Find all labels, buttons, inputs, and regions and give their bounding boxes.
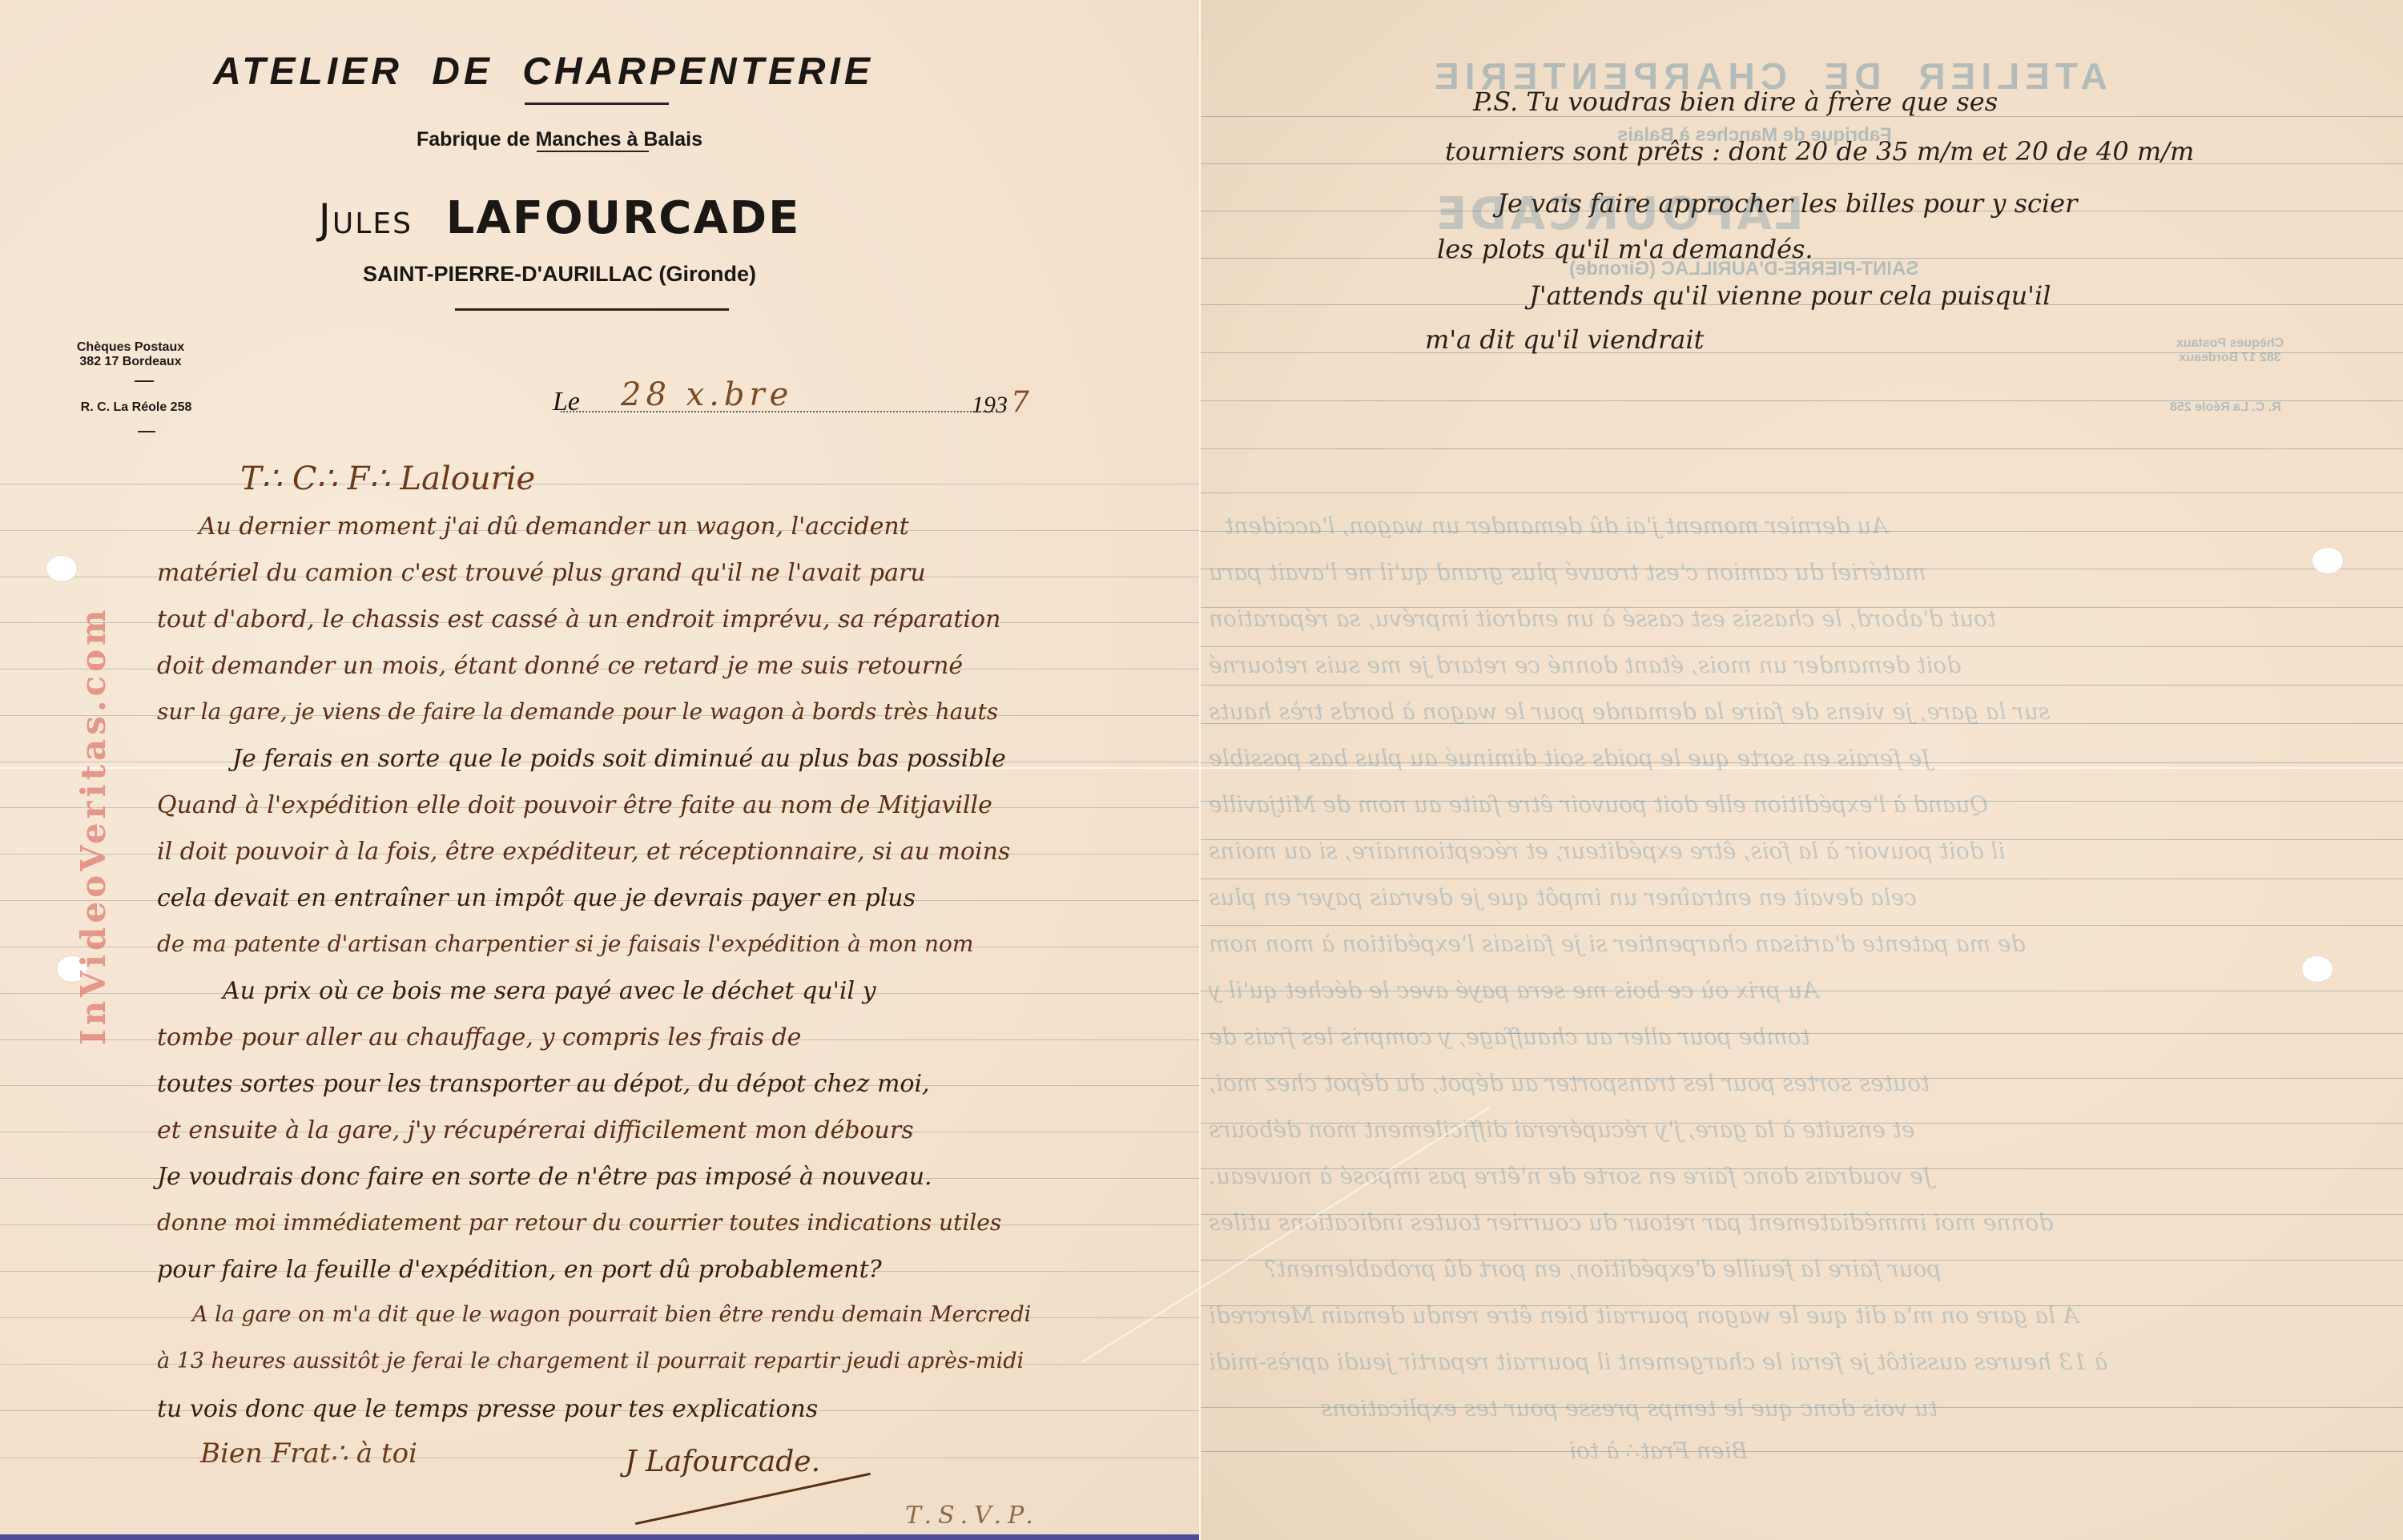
bleed-line: doit demander un mois, étant donné ce re…	[1209, 652, 1961, 678]
signature: J Lafourcade.	[625, 1446, 820, 1478]
bleed-line: toutes sortes pour les transporter au dé…	[1209, 1070, 1930, 1096]
bleed-line: tout d'abord, le chassis est cassé à un …	[1209, 605, 1996, 632]
postscript-line: J'attends qu'il vienne pour cela puisqu'…	[1529, 280, 2051, 311]
body-line: de ma patente d'artisan charpentier si j…	[157, 931, 973, 957]
bleed-line: tu vois donc que le temps presse pour te…	[1321, 1395, 1938, 1421]
letter-page-back: ATELIER DE CHARPENTERIE Fabrique de Manc…	[1201, 0, 2403, 1540]
watermark: InVideoVeritas.com	[74, 605, 113, 1045]
postscript-line: m'a dit qu'il viendrait	[1425, 324, 1704, 355]
cheques-line-2: 382 17 Bordeaux	[70, 355, 191, 369]
punch-hole	[2301, 955, 2333, 983]
body-line: A la gare on m'a dit que le wagon pourra…	[192, 1302, 1031, 1327]
bleed-line: Quand à l'expédition elle doit pouvoir ê…	[1209, 791, 1988, 818]
bleed-closing: Bien Frat∴ à toi	[1569, 1437, 1748, 1464]
bleed-line: il doit pouvoir à la fois, être expédite…	[1209, 838, 2005, 864]
ruled-line	[1201, 1451, 2403, 1452]
postscript-line: les plots qu'il m'a demandés.	[1437, 234, 1813, 264]
bleed-line: et ensuite à la gare, j'y récupérerai di…	[1209, 1116, 1915, 1143]
signature-flourish	[635, 1473, 871, 1525]
letterhead-title: ATELIER DE CHARPENTERIE	[0, 50, 1143, 94]
bottom-bar	[0, 1534, 1199, 1540]
year-handwritten: 7	[1011, 386, 1029, 419]
body-line: toutes sortes pour les transporter au dé…	[157, 1070, 930, 1098]
letterhead-subtitle: Fabrique de Manches à Balais	[0, 128, 1159, 151]
ruled-line	[0, 484, 1199, 485]
bleed-line: matériel du camion c'est trouvé plus gra…	[1209, 559, 1926, 585]
name-first: Jules	[319, 195, 413, 243]
ornament-divider	[525, 103, 669, 105]
body-line: à 13 heures aussitôt je ferai le chargem…	[157, 1349, 1024, 1373]
body-line: tu vois donc que le temps presse pour te…	[157, 1395, 818, 1423]
ornament-divider	[455, 308, 729, 311]
bleed-line: à 13 heures aussitôt je ferai le chargem…	[1209, 1349, 2107, 1375]
bleed-rc: R. C. La Réole 258	[2170, 400, 2281, 415]
small-divider	[135, 380, 154, 382]
body-line: Au prix où ce bois me sera payé avec le …	[223, 977, 876, 1005]
bleed-line: Je voudrais donc faire en sorte de n'êtr…	[1209, 1163, 1932, 1189]
bleed-line: Au dernier moment j'ai dû demander un wa…	[1225, 513, 1888, 539]
ruled-line	[0, 1458, 1199, 1458]
name-last: LAFOURCADE	[446, 192, 801, 244]
body-line: matériel du camion c'est trouvé plus gra…	[157, 559, 926, 587]
small-divider	[138, 431, 155, 432]
body-line: cela devait en entraîner un impôt que je…	[157, 884, 916, 912]
cheques-line-1: Chèques Postaux	[70, 340, 191, 355]
body-line: et ensuite à la gare, j'y récupérerai di…	[157, 1116, 914, 1144]
ruled-line	[1201, 879, 2403, 879]
body-line: Je voudrais donc faire en sorte de n'êtr…	[157, 1163, 932, 1191]
bleed-cheques-line-2: 382 17 Bordeaux	[2174, 351, 2286, 365]
body-line: tombe pour aller au chauffage, y compris…	[157, 1023, 801, 1051]
bleed-line: donne moi immédiatement par retour du co…	[1209, 1209, 2053, 1236]
closing: Bien Frat∴ à toi	[200, 1437, 417, 1470]
cheques-postaux: Chèques Postaux 382 17 Bordeaux	[70, 340, 191, 369]
punch-hole	[2312, 547, 2344, 574]
body-line: Quand à l'expédition elle doit pouvoir ê…	[157, 791, 992, 819]
salutation: T∴ C∴ F∴ Lalourie	[240, 460, 535, 497]
bleed-line: tombe pour aller au chauffage, y compris…	[1209, 1023, 1810, 1050]
ruled-line	[1201, 646, 2403, 647]
body-line: doit demander un mois, étant donné ce re…	[157, 652, 963, 680]
bleed-cheques-line-1: Chèques Postaux	[2174, 336, 2286, 351]
body-line: il doit pouvoir à la fois, être expédite…	[157, 838, 1010, 866]
bleed-line: cela devait en entraîner un impôt que je…	[1209, 884, 1917, 911]
postscript-line: tourniers sont prêts : dont 20 de 35 m/m…	[1445, 136, 2194, 167]
letter-page-front: ATELIER DE CHARPENTERIE Fabrique de Manc…	[0, 0, 1199, 1540]
bleed-cheques: Chèques Postaux 382 17 Bordeaux	[2174, 336, 2286, 365]
bleed-line: A la gare on m'a dit que le wagon pourra…	[1209, 1302, 2079, 1329]
body-line: tout d'abord, le chassis est cassé à un …	[157, 605, 1000, 633]
ornament-divider	[537, 151, 649, 152]
letterhead-name: Jules LAFOURCADE	[0, 192, 1159, 244]
ruled-line	[1201, 493, 2403, 493]
ruled-line	[1201, 925, 2403, 926]
body-line: Je ferais en sorte que le poids soit dim…	[232, 745, 1006, 773]
bleed-line: Je ferais en sorte que le poids soit dim…	[1209, 745, 1930, 771]
postscript-line: P.S. Tu voudras bien dire à frère que se…	[1473, 86, 1998, 117]
year-printed: 193	[972, 392, 1008, 419]
body-line: Au dernier moment j'ai dû demander un wa…	[199, 513, 909, 541]
bleed-line: Au prix où ce bois me sera payé avec le …	[1209, 977, 1818, 1003]
registre-commerce: R. C. La Réole 258	[64, 400, 208, 415]
ruled-line	[1201, 685, 2403, 686]
body-line: sur la gare, je viens de faire la demand…	[157, 698, 998, 725]
bleed-line: pour faire la feuille d'expédition, en p…	[1265, 1256, 1941, 1282]
ruled-line	[1201, 448, 2403, 449]
bleed-line: de ma patente d'artisan charpentier si j…	[1209, 931, 2025, 957]
postscript-line: Je vais faire approcher les billes pour …	[1497, 188, 2077, 219]
date-prefix: Le	[553, 387, 580, 417]
tsvp-note: T.S.V.P.	[905, 1502, 1040, 1530]
letterhead-town: SAINT-PIERRE-D'AURILLAC (Gironde)	[0, 262, 1159, 287]
punch-hole	[46, 555, 78, 582]
date-handwritten: 28 x.bre	[621, 376, 793, 413]
body-line: donne moi immédiatement par retour du co…	[157, 1209, 1001, 1236]
body-line: pour faire la feuille d'expédition, en p…	[157, 1256, 882, 1284]
bleed-line: sur la gare, je viens de faire la demand…	[1209, 698, 2050, 725]
